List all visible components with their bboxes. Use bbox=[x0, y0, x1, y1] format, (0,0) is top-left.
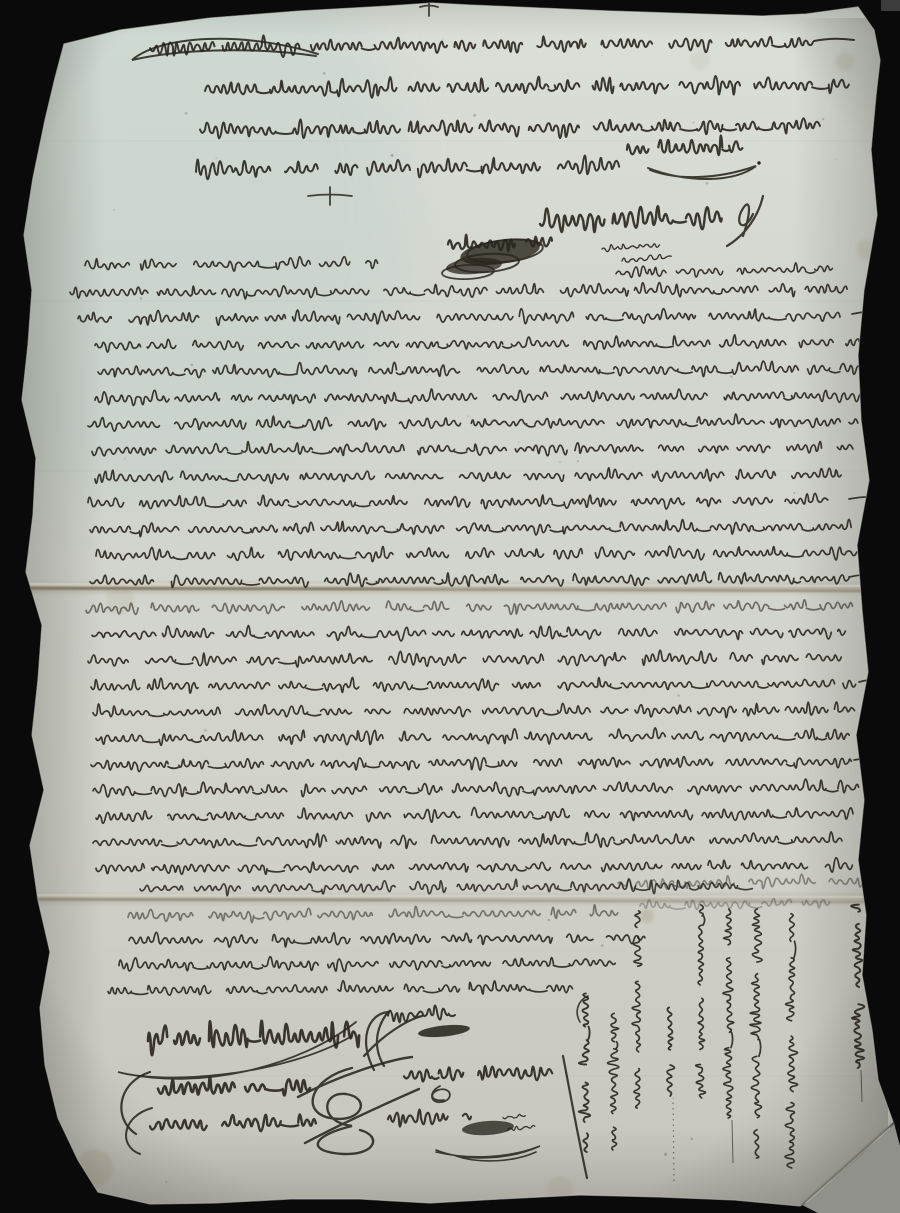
background-patch bbox=[881, 0, 900, 11]
cross-mark bbox=[869, 988, 885, 1004]
manuscript-photograph bbox=[0, 0, 900, 1213]
photo-overlays bbox=[0, 0, 900, 1213]
photo-vignette bbox=[0, 0, 900, 1213]
manuscript-photo-svg bbox=[0, 0, 900, 1213]
